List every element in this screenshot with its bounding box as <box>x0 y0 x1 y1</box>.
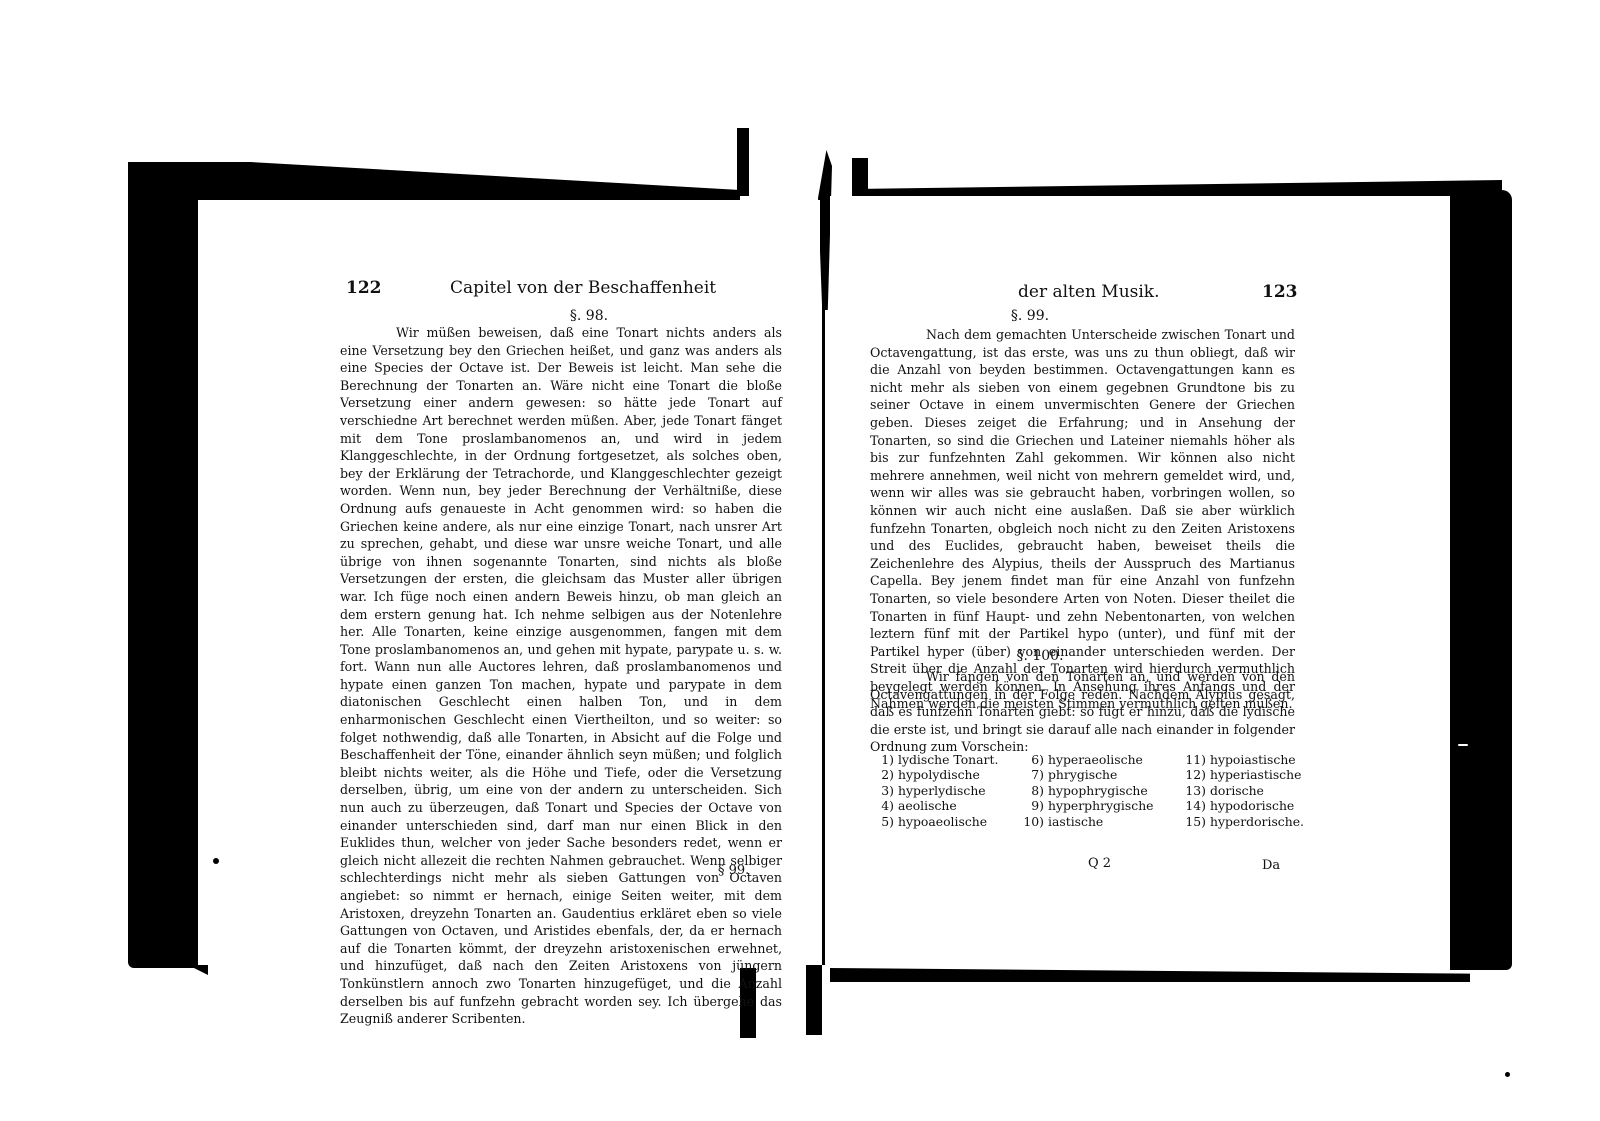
list-item: 1)lydische Tonart. <box>866 752 1006 767</box>
gutter-line <box>822 300 825 965</box>
list-item: 14)hypodorische <box>1178 798 1318 813</box>
section-heading: §. 99. <box>720 308 1340 324</box>
spine-bottom-mark <box>806 965 822 1035</box>
paragraph: Wir fangen von den Tonarten an, und werd… <box>870 668 1295 756</box>
book-cover-top-left-edge <box>128 162 740 202</box>
book-cover-bottom-edge <box>830 968 1470 982</box>
catchword: § 99. <box>718 863 749 878</box>
book-cover-right-edge <box>1450 190 1512 970</box>
mode-list: 1)lydische Tonart. 2)hypolydische 3)hype… <box>866 752 1318 829</box>
list-item: 4)aeolische <box>866 798 1006 813</box>
body-text: Wir fangen von den Tonarten an, und werd… <box>870 668 1295 756</box>
list-item: 9)hyperphrygische <box>1016 798 1168 813</box>
list-item: 12)hyperiastische <box>1178 767 1318 782</box>
paragraph: Wir müßen beweisen, daß eine Tonart nich… <box>340 324 782 1028</box>
list-item: 13)dorische <box>1178 783 1318 798</box>
signature-mark: Q 2 <box>1088 856 1111 871</box>
catchword: Da <box>1262 858 1280 873</box>
scan-scratch <box>1458 744 1468 746</box>
list-item: 11)hypoiastische <box>1178 752 1318 767</box>
running-head: der alten Musik. <box>1018 282 1160 302</box>
scan-speck <box>213 858 219 864</box>
list-item: 2)hypolydische <box>866 767 1006 782</box>
list-item: 5)hypoaeolische <box>866 814 1006 829</box>
body-text: Wir müßen beweisen, daß eine Tonart nich… <box>340 324 782 1028</box>
section-heading: §. 100. <box>730 648 1350 664</box>
book-cover-left-edge <box>128 162 198 968</box>
page-number: 123 <box>1262 282 1298 302</box>
spine-mark <box>737 128 749 196</box>
list-item: 8)hypophrygische <box>1016 783 1168 798</box>
running-head: Capitel von der Beschaffenheit <box>450 278 716 298</box>
list-item: 10)iastische <box>1016 814 1168 829</box>
scan-speck <box>1505 1072 1510 1077</box>
list-item: 3)hyperlydische <box>866 783 1006 798</box>
list-item: 7)phrygische <box>1016 767 1168 782</box>
list-item: 6)hyperaeolische <box>1016 752 1168 767</box>
right-page: der alten Musik. 123 §. 99. Nach dem gem… <box>830 196 1450 968</box>
list-item: 15)hyperdorische. <box>1178 814 1318 829</box>
page-number: 122 <box>346 278 382 298</box>
